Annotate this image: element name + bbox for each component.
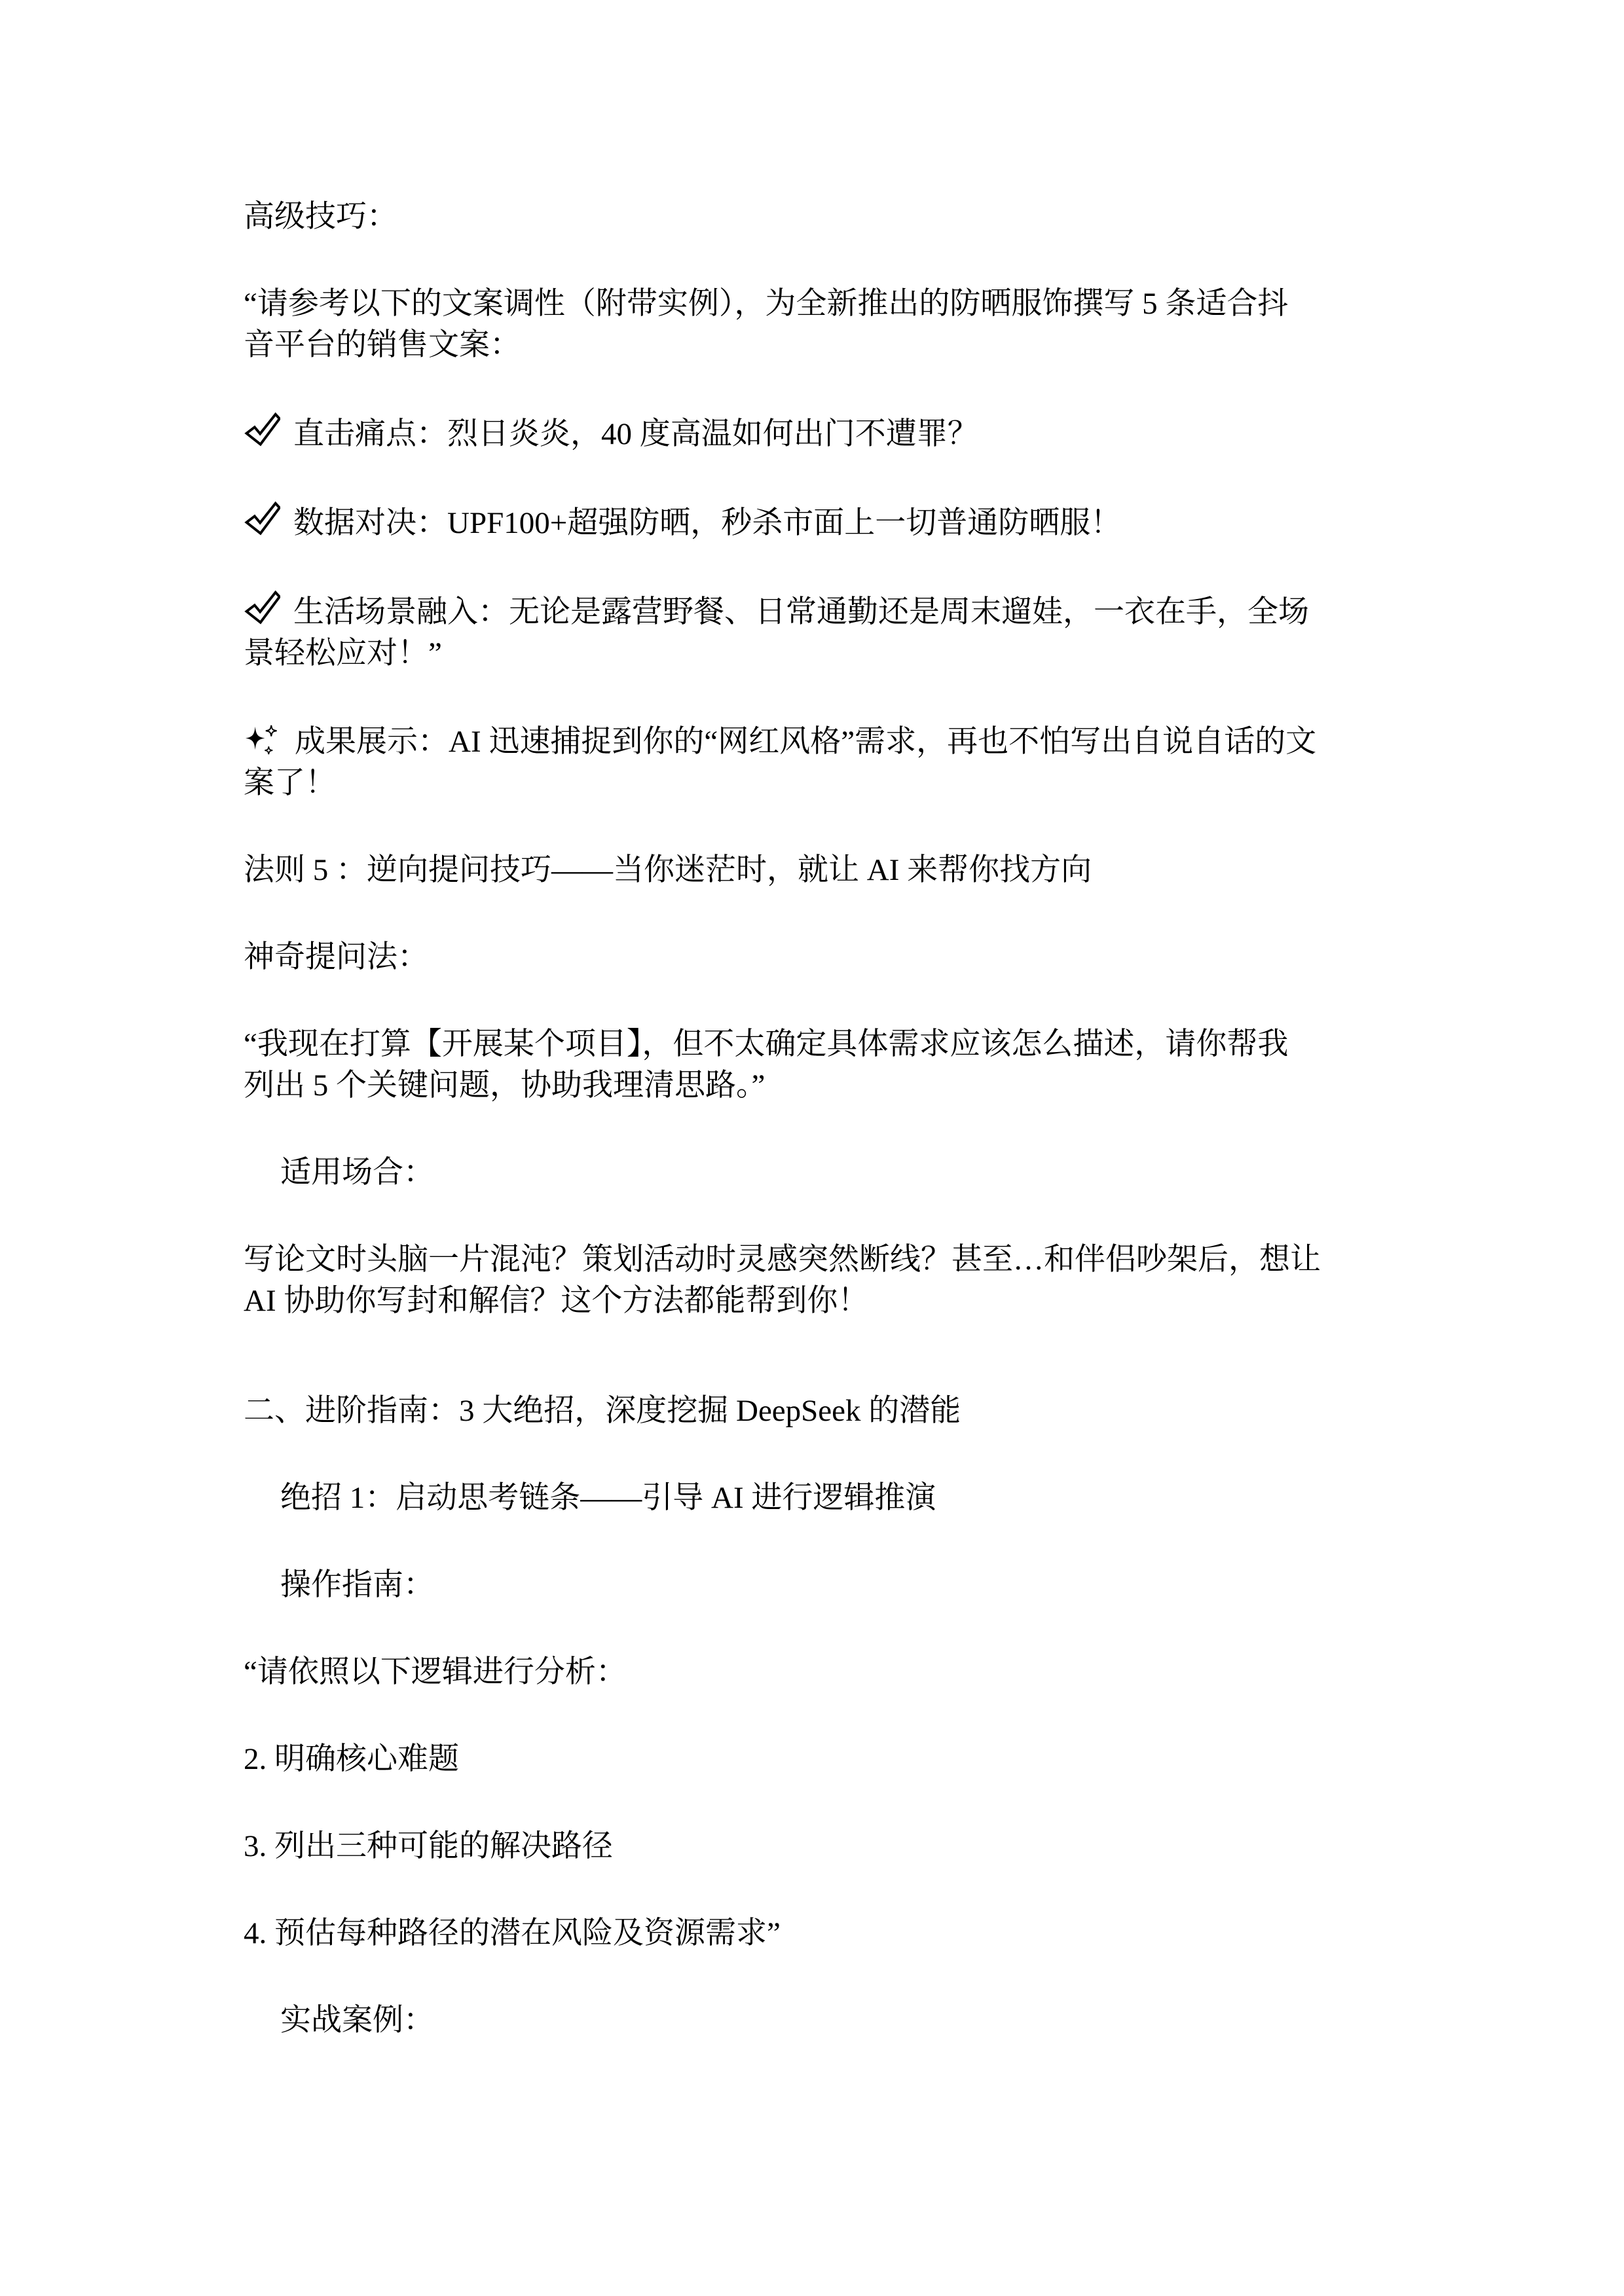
document-page: 高级技巧： “请参考以下的文案调性（附带实例），为全新推出的防晒服饰撰写 5 条… [0,0,1624,2296]
paragraph-text: 4. 预估每种路径的潜在风险及资源需求” [244,1916,781,1950]
paragraph-line: 适用场合： [244,1152,1388,1194]
section-heading-line: 二、进阶指南：3 大绝招，深度挖掘 DeepSeek 的潜能 [244,1391,1388,1432]
paragraph-line: 景轻松应对！” [244,633,1388,674]
check-icon [244,590,280,628]
paragraph-text: 景轻松应对！” [244,636,442,670]
paragraph-text: “请依照以下逻辑进行分析： [244,1655,627,1689]
paragraph-line: “请参考以下的文案调性（附带实例），为全新推出的防晒服饰撰写 5 条适合抖 [244,283,1388,325]
paragraph-text: 直击痛点：烈日炎炎，40 度高温如何出门不遭罪？ [293,417,978,451]
paragraph-text: 案了！ [244,766,336,800]
numbered-list-item: 3. 列出三种可能的解决路径 [244,1826,1388,1867]
paragraph-text: 神奇提问法： [244,940,428,974]
paragraph-text: 绝招 1：启动思考链条——引导 AI 进行逻辑推演 [280,1481,936,1515]
paragraph-line: 生活场景融入：无论是露营野餐、日常通勤还是周末遛娃，一衣在手，全场 [244,590,1388,633]
paragraph-line: 数据对决：UPF100+超强防晒，秒杀市面上一切普通防晒服！ [244,501,1388,544]
paragraph-line: 列出 5 个关键问题，协助我理清思路。” [244,1065,1388,1106]
paragraph-text: 二、进阶指南：3 大绝招，深度挖掘 DeepSeek 的潜能 [244,1394,961,1428]
paragraph-text: 3. 列出三种可能的解决路径 [244,1829,613,1863]
paragraph-line: 成果展示：AI 迅速捕捉到你的“网红风格”需求，再也不怕写出自说自话的文 [244,720,1388,763]
paragraph-line: 音平台的销售文案： [244,325,1388,366]
paragraph-line: 案了！ [244,763,1388,804]
paragraph-text: 列出 5 个关键问题，协助我理清思路。” [244,1068,765,1102]
paragraph-text: 生活场景融入：无论是露营野餐、日常通勤还是周末遛娃，一衣在手，全场 [293,595,1309,629]
paragraph-line: AI 协助你写封和解信？这个方法都能帮到你！ [244,1281,1388,1322]
paragraph-line: 高级技巧： [244,196,1388,238]
paragraph-line: 写论文时头脑一片混沌？策划活动时灵感突然断线？甚至…和伴侣吵架后，想让 [244,1239,1388,1281]
paragraph-line: “我现在打算【开展某个项目】，但不太确定具体需求应该怎么描述，请你帮我 [244,1024,1388,1065]
numbered-list-item: 2. 明确核心难题 [244,1739,1388,1780]
paragraph-text: 成果展示：AI 迅速捕捉到你的“网红风格”需求，再也不怕写出自说自话的文 [295,725,1316,759]
paragraph-text: 数据对决：UPF100+超强防晒，秒杀市面上一切普通防晒服！ [293,506,1121,540]
paragraph-text: “我现在打算【开展某个项目】，但不太确定具体需求应该怎么描述，请你帮我 [244,1027,1288,1061]
paragraph-text: 音平台的销售文案： [244,328,521,362]
paragraph-line: 操作指南： [244,1565,1388,1606]
check-icon [244,412,280,450]
sparkles-icon [244,720,279,759]
paragraph-text: 适用场合： [280,1156,434,1190]
paragraph-text: 实战案例： [280,2003,434,2037]
paragraph-line: 实战案例： [244,2000,1388,2041]
paragraph-text: AI 协助你写封和解信？这个方法都能帮到你！ [244,1284,868,1318]
paragraph-line: 直击痛点：烈日炎炎，40 度高温如何出门不遭罪？ [244,412,1388,455]
paragraph-text: 2. 明确核心难题 [244,1742,459,1776]
paragraph-text: 高级技巧： [244,200,397,234]
paragraph-line: 神奇提问法： [244,937,1388,978]
paragraph-text: 写论文时头脑一片混沌？策划活动时灵感突然断线？甚至…和伴侣吵架后，想让 [244,1243,1321,1277]
paragraph-text: “请参考以下的文案调性（附带实例），为全新推出的防晒服饰撰写 5 条适合抖 [244,287,1288,321]
paragraph-line: 绝招 1：启动思考链条——引导 AI 进行逻辑推演 [244,1478,1388,1519]
check-icon [244,501,280,539]
paragraph-text: 法则 5 ：逆向提问技巧——当你迷茫时，就让 AI 来帮你找方向 [244,853,1092,887]
numbered-list-item: 4. 预估每种路径的潜在风险及资源需求” [244,1913,1388,1954]
document-content: 高级技巧： “请参考以下的文案调性（附带实例），为全新推出的防晒服饰撰写 5 条… [0,0,1624,2041]
paragraph-line: 法则 5 ：逆向提问技巧——当你迷茫时，就让 AI 来帮你找方向 [244,850,1388,891]
paragraph-text: 操作指南： [280,1568,434,1602]
paragraph-line: “请依照以下逻辑进行分析： [244,1652,1388,1693]
